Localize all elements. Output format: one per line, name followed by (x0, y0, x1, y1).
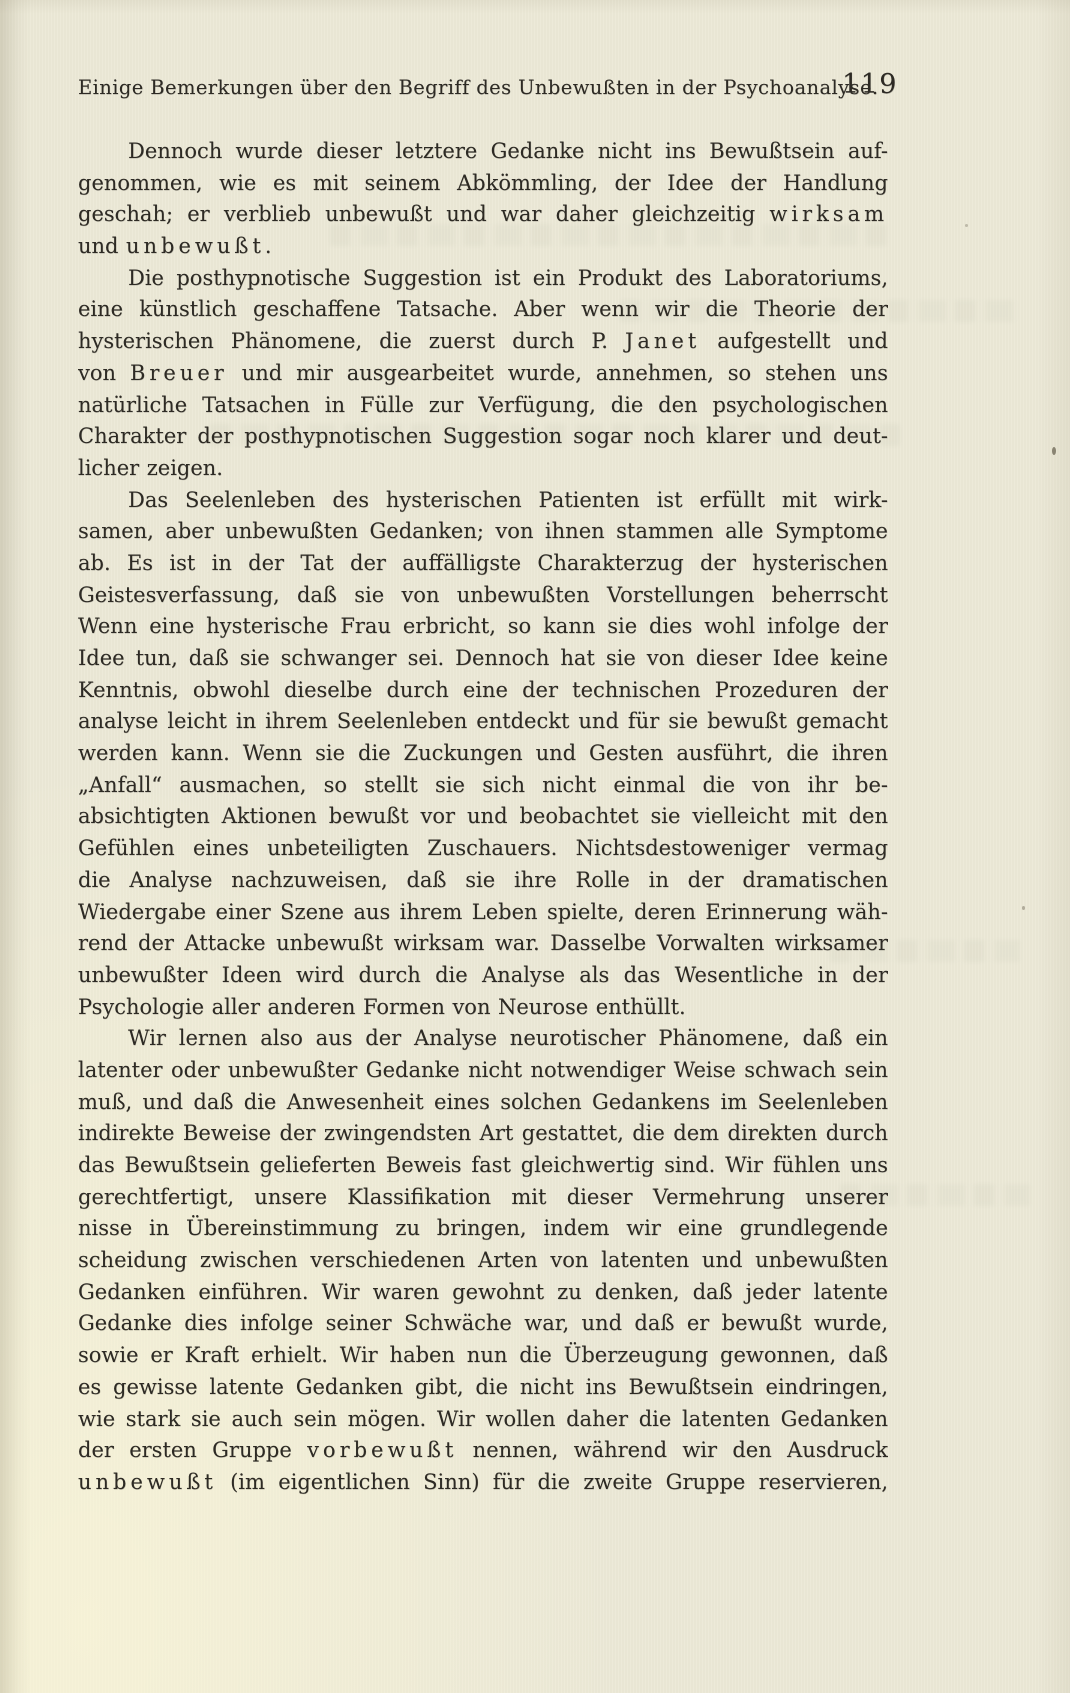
scan-speck (965, 224, 968, 227)
text-segment: analyse leicht in ihrem Seelenleben entd… (78, 709, 888, 733)
letterspaced-word: wirksam (769, 202, 888, 226)
text-line: die Analyse nachzuweisen, daß sie ihre R… (78, 865, 888, 897)
letterspaced-word: Janet (625, 329, 700, 353)
text-line: Geistesverfassung, daß sie von unbewußte… (78, 580, 888, 612)
text-segment: rend der Attacke unbewußt wirksam war. D… (78, 931, 888, 955)
text-segment: „Anfall“ ausmachen, so stellt sie sich n… (78, 773, 888, 797)
text-line: Wenn eine hysterische Frau erbricht, so … (78, 611, 888, 643)
text-line: Die posthypnotische Suggestion ist ein P… (78, 263, 888, 295)
text-segment: der ersten Gruppe (78, 1438, 307, 1462)
paragraph: Dennoch wurde dieser letztere Gedanke ni… (78, 136, 888, 263)
text-segment: und mir ausgearbeitet wurde, annehmen, s… (228, 361, 888, 385)
text-line: rend der Attacke unbewußt wirksam war. D… (78, 928, 888, 960)
page-left-edge-shadow (0, 0, 30, 1693)
letterspaced-word: unbewußt (126, 234, 265, 258)
text-segment: geschah; er verblieb unbewußt und war da… (78, 202, 769, 226)
text-line: Das Seelenleben des hysterischen Patient… (78, 485, 888, 517)
text-line: „Anfall“ ausmachen, so stellt sie sich n… (78, 770, 888, 802)
text-line: Gedanken einführen. Wir waren gewohnt zu… (78, 1277, 888, 1309)
text-line: Dennoch wurde dieser letztere Gedanke ni… (78, 136, 888, 168)
text-line: Idee tun, daß sie schwanger sei. Dennoch… (78, 643, 888, 675)
text-line: von Breuer und mir ausgearbeitet wurde, … (78, 358, 888, 390)
text-line: eine künstlich geschaffene Tatsache. Abe… (78, 294, 888, 326)
text-segment: es gewisse latente Gedanken gibt, die ni… (78, 1375, 888, 1399)
text-segment: samen, aber unbewußten Gedanken; von ihn… (78, 519, 888, 543)
text-line: analyse leicht in ihrem Seelenleben entd… (78, 706, 888, 738)
text-segment: Charakter der posthypnotischen Suggestio… (78, 424, 888, 448)
text-segment: das Bewußtsein gelieferten Beweis fast g… (78, 1153, 888, 1177)
text-segment: licher zeigen. (78, 456, 223, 480)
text-line: Psychologie aller anderen Formen von Neu… (78, 992, 888, 1024)
text-line: Gefühlen eines unbeteiligten Zuschauers.… (78, 833, 888, 865)
text-line: genommen, wie es mit seinem Abkömmling, … (78, 168, 888, 200)
text-segment: Wir lernen also aus der Analyse neurotis… (128, 1026, 888, 1050)
text-line: wie stark sie auch sein mögen. Wir wolle… (78, 1404, 888, 1436)
text-segment: nennen, während wir den Ausdruck (457, 1438, 888, 1462)
text-segment: die Analyse nachzuweisen, daß sie ihre R… (78, 868, 888, 892)
running-head: Einige Bemerkungen über den Begriff des … (78, 76, 888, 112)
text-line: unbewußt (im eigentlichen Sinn) für die … (78, 1467, 888, 1499)
text-line: indirekte Beweise der zwingendsten Art g… (78, 1118, 888, 1150)
text-segment: Gefühlen eines unbeteiligten Zuschauers.… (78, 836, 888, 860)
text-segment: Gedanken einführen. Wir waren gewohnt zu… (78, 1280, 888, 1304)
text-line: geschah; er verblieb unbewußt und war da… (78, 199, 888, 231)
text-segment: Wenn eine hysterische Frau erbricht, so … (78, 614, 888, 638)
text-segment: natürliche Tatsachen in Fülle zur Verfüg… (78, 393, 888, 417)
text-line: Gedanke dies infolge seiner Schwäche war… (78, 1308, 888, 1340)
text-segment: unbewußter Ideen wird durch die Analyse … (78, 963, 888, 987)
text-segment: Das Seelenleben des hysterischen Patient… (128, 488, 888, 512)
scan-speck (1052, 447, 1056, 455)
text-line: latenter oder unbewußter Gedanke nicht n… (78, 1055, 888, 1087)
text-segment: Wiedergabe einer Szene aus ihrem Leben s… (78, 900, 888, 924)
text-segment: absichtigten Aktionen bewußt vor und beo… (78, 804, 888, 828)
text-line: muß, und daß die Anwesenheit eines solch… (78, 1087, 888, 1119)
text-line: Wir lernen also aus der Analyse neurotis… (78, 1023, 888, 1055)
text-line: hysterischen Phänomene, die zuerst durch… (78, 326, 888, 358)
text-segment: von (78, 361, 130, 385)
text-segment: (im eigentlichen Sinn) für die zweite Gr… (217, 1470, 888, 1494)
text-segment: Kenntnis, obwohl dieselbe durch eine der… (78, 678, 888, 707)
letterspaced-word: unbewußt (78, 1470, 217, 1494)
letterspaced-word: vorbewußt (307, 1438, 457, 1462)
text-segment: scheidung zwischen verschiedenen Arten v… (78, 1248, 888, 1272)
text-line: nisse in Übereinstimmung zu bringen, ind… (78, 1213, 888, 1245)
paragraph: Das Seelenleben des hysterischen Patient… (78, 485, 888, 1024)
text-segment: . (265, 234, 272, 258)
text-line: absichtigten Aktionen bewußt vor und beo… (78, 801, 888, 833)
text-line: und unbewußt. (78, 231, 888, 263)
scanned-book-page: Einige Bemerkungen über den Begriff des … (0, 0, 1070, 1693)
text-line: sowie er Kraft erhielt. Wir haben nun di… (78, 1340, 888, 1372)
text-line: samen, aber unbewußten Gedanken; von ihn… (78, 516, 888, 548)
text-line: es gewisse latente Gedanken gibt, die ni… (78, 1372, 888, 1404)
text-segment: latenter oder unbewußter Gedanke nicht n… (78, 1058, 888, 1082)
running-head-title: Einige Bemerkungen über den Begriff des … (78, 76, 888, 99)
text-segment: hysterischen Phänomene, die zuerst durch… (78, 329, 625, 353)
letterspaced-word: Breuer (130, 361, 228, 385)
text-segment: Idee tun, daß sie schwanger sei. Dennoch… (78, 646, 888, 670)
text-line: der ersten Gruppe vorbewußt nennen, währ… (78, 1435, 888, 1467)
text-segment: Dennoch wurde dieser letztere Gedanke ni… (128, 139, 888, 163)
text-segment: indirekte Beweise der zwingendsten Art g… (78, 1121, 888, 1145)
text-segment: werden kann. Wenn sie die Zuckungen und … (78, 741, 888, 765)
text-segment: nisse in Übereinstimmung zu bringen, ind… (78, 1216, 888, 1245)
text-line: unbewußter Ideen wird durch die Analyse … (78, 960, 888, 992)
text-segment: muß, und daß die Anwesenheit eines solch… (78, 1090, 888, 1114)
text-line: Kenntnis, obwohl dieselbe durch eine der… (78, 675, 888, 707)
text-line: das Bewußtsein gelieferten Beweis fast g… (78, 1150, 888, 1182)
text-line: licher zeigen. (78, 453, 888, 485)
text-segment: und (78, 234, 126, 258)
text-line: scheidung zwischen verschiedenen Arten v… (78, 1245, 888, 1277)
text-line: Charakter der posthypnotischen Suggestio… (78, 421, 888, 453)
text-block: Dennoch wurde dieser letztere Gedanke ni… (78, 136, 888, 1499)
text-segment: gerechtfertigt, unsere Klassifikation mi… (78, 1185, 888, 1214)
text-segment: wie stark sie auch sein mögen. Wir wolle… (78, 1407, 888, 1431)
page-number: 119 (842, 69, 898, 100)
text-segment: Die posthypnotische Suggestion ist ein P… (128, 266, 888, 290)
scan-speck (1022, 906, 1025, 910)
paragraph: Wir lernen also aus der Analyse neurotis… (78, 1023, 888, 1498)
page-top-edge-shadow (0, 0, 1070, 14)
paragraph: Die posthypnotische Suggestion ist ein P… (78, 263, 888, 485)
text-segment: ab. Es ist in der Tat der auffälligste C… (78, 551, 888, 575)
text-line: gerechtfertigt, unsere Klassifikation mi… (78, 1182, 888, 1214)
text-segment: Geistesverfassung, daß sie von unbewußte… (78, 583, 888, 612)
text-segment: genommen, wie es mit seinem Abkömmling, … (78, 171, 888, 195)
text-segment: eine künstlich geschaffene Tatsache. Abe… (78, 297, 888, 321)
page-right-edge-shadow (1036, 0, 1070, 1693)
text-segment: aufgestellt und (700, 329, 888, 353)
text-line: Wiedergabe einer Szene aus ihrem Leben s… (78, 897, 888, 929)
text-segment: sowie er Kraft erhielt. Wir haben nun di… (78, 1343, 888, 1367)
text-line: werden kann. Wenn sie die Zuckungen und … (78, 738, 888, 770)
text-segment: Gedanke dies infolge seiner Schwäche war… (78, 1311, 888, 1335)
text-line: natürliche Tatsachen in Fülle zur Verfüg… (78, 390, 888, 422)
text-line: ab. Es ist in der Tat der auffälligste C… (78, 548, 888, 580)
text-segment: Psychologie aller anderen Formen von Neu… (78, 995, 686, 1019)
